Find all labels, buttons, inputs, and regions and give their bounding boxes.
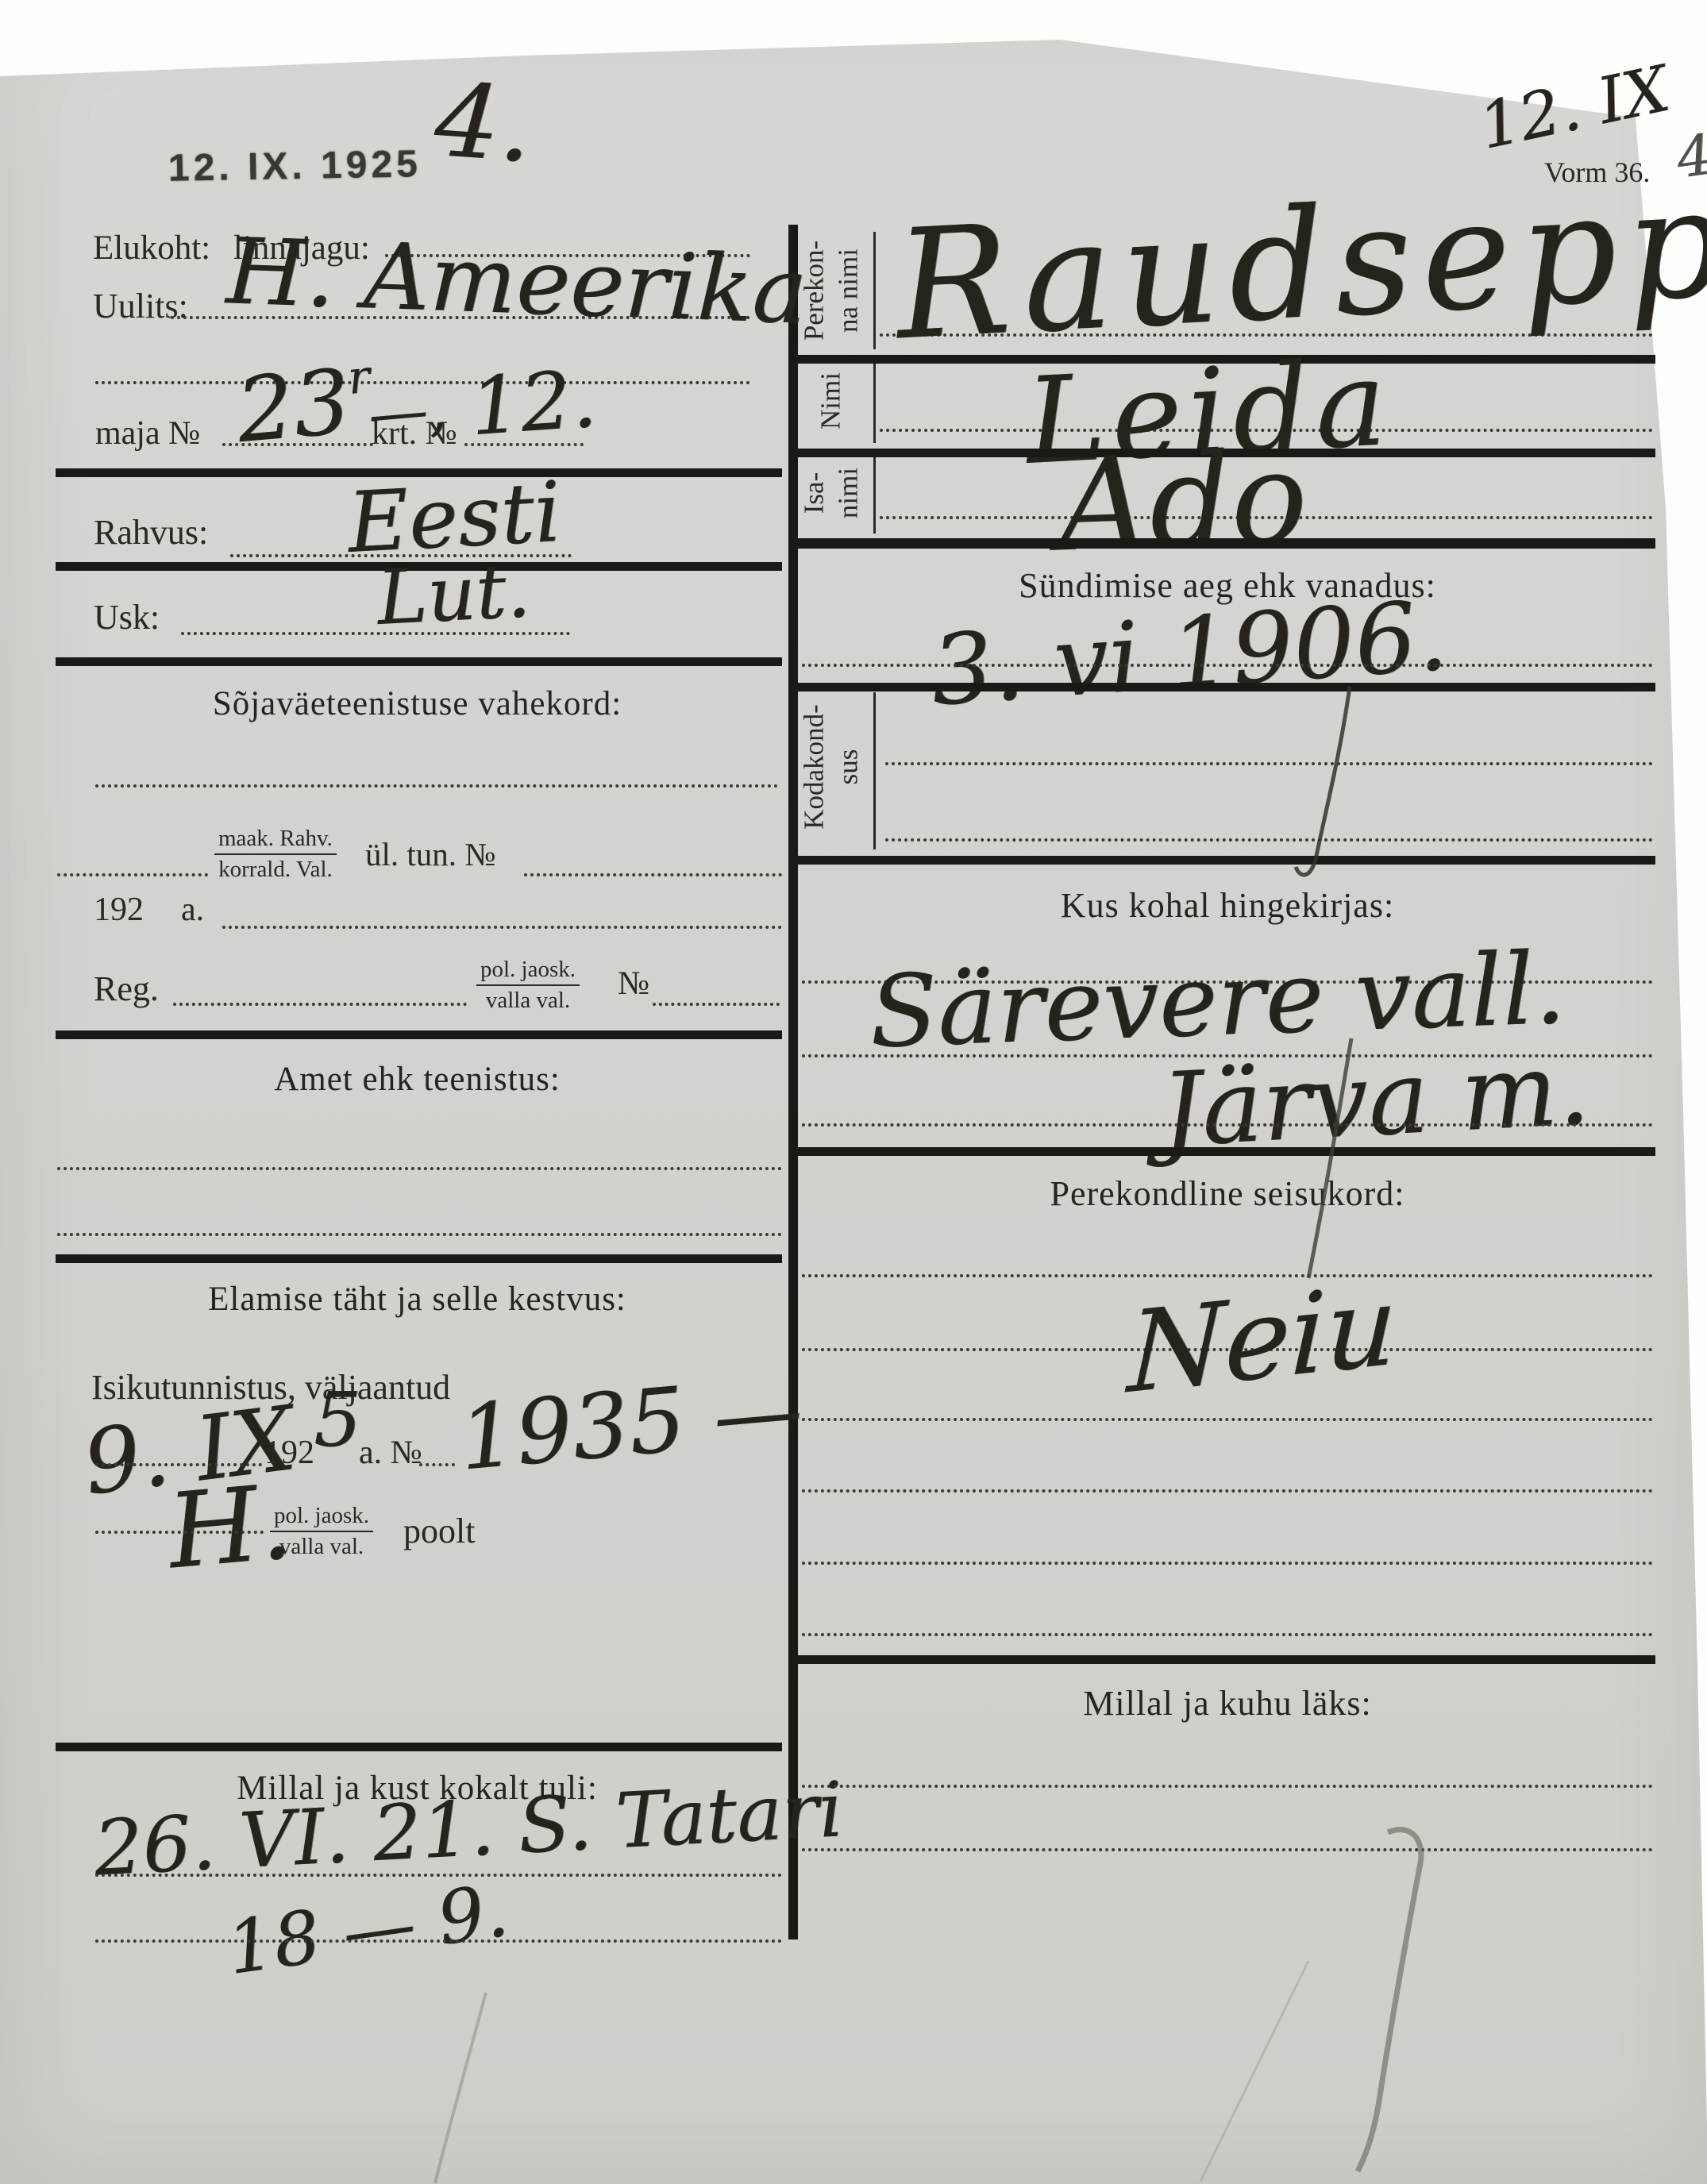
sojavae-header: Sõjaväeteenistuse vahekord: [54,684,780,723]
dotted-line [524,873,782,876]
column-divider [788,225,798,1939]
pol-no-label: № [618,965,649,1003]
maja-label: maja № [95,414,200,453]
dotted-line [885,838,1653,842]
amet-header: Amet ehk teenistus: [54,1060,780,1099]
label-separator [873,692,876,849]
usk-handwriting: Lut. [376,553,532,637]
dotted-line [173,1003,467,1006]
rule [798,683,1655,691]
perekonnanimi-handwriting: Raudsepp [892,168,1707,362]
rule [56,657,782,666]
year-a-label: a. [181,891,204,929]
dotted-line [802,1274,1653,1277]
date-stamp: 12. IX. 1925 [168,142,422,191]
kodakondsus-label: Kodakond- sus [797,704,865,829]
label-separator [873,364,876,443]
dotted-line [57,1167,782,1170]
dotted-line [95,1939,782,1943]
dotted-line [95,1531,264,1534]
label-separator [873,456,876,533]
perekondline-handwriting: Neiu [1126,1270,1398,1411]
dotted-line [653,1003,780,1006]
dotted-line [802,1785,1653,1788]
reg-label: Reg. [94,969,159,1009]
rule [56,1743,782,1751]
hingekirjas-handwriting-line2: Järva m. [1158,1038,1592,1162]
rule [56,1254,782,1263]
dotted-line [419,1463,455,1466]
laks-header: Millal ja kuhu läks: [802,1683,1653,1724]
rule [798,1147,1655,1156]
krt-label: krt. № [372,414,457,453]
pol-fraction-2: pol. jaosk. valla val. [270,1503,373,1561]
dotted-line [222,926,782,929]
rule [798,538,1655,549]
rahvus-label: Rahvus: [94,512,208,553]
label-separator [873,232,876,349]
rule [798,856,1655,865]
dotted-line [802,1562,1653,1565]
rule [798,1655,1655,1664]
dotted-line [57,873,208,876]
dotted-line [802,1489,1653,1493]
dotted-line [885,762,1653,765]
hingekirjas-header: Kus kohal hingekirjas: [802,885,1653,926]
corner-date-handwriting: 12. IX [1474,57,1674,159]
elamise-header: Elamise täht ja selle kestvus: [54,1280,780,1319]
isanimi-handwriting: Ado [1055,434,1309,570]
perekondline-header: Perekondline seisukord: [802,1173,1653,1214]
isanimi-label: Isa- nimi [797,468,865,518]
perekonnanimi-label: Perekon- na nimi [797,241,865,341]
dotted-line [802,1633,1653,1636]
krt-number-handwriting: 12. [468,360,599,448]
dotted-line [802,1418,1653,1421]
isiku-year-handwriting: 5 [314,1383,361,1458]
stamp-annotation-handwriting: 4. [432,70,536,178]
pol-fraction: pol. jaosk. valla val. [476,957,580,1015]
ultun-label: ül. tun. № [365,835,495,873]
isiku-a-no-label: a. № [359,1434,422,1472]
dotted-line [802,1848,1653,1851]
maak-fraction: maak. Rahv. korrald. Val. [214,826,337,884]
dotted-line [802,1123,1653,1127]
dotted-line [95,784,778,788]
street-handwriting: H. Ameerika [225,226,808,337]
poolt-label: poolt [403,1511,475,1551]
scanned-registration-card: 12. IX. 1925 4. 12. IX Vorm 36. 4 Elukoh… [0,0,1707,2184]
rule [56,1030,782,1039]
usk-label: Usk: [94,597,160,637]
dotted-line [802,664,1653,667]
dotted-line [57,1233,782,1236]
nimi-label: Nimi [815,372,849,429]
uulits-label: Uulits: [93,286,188,326]
year-prefix: 192 [94,891,144,929]
